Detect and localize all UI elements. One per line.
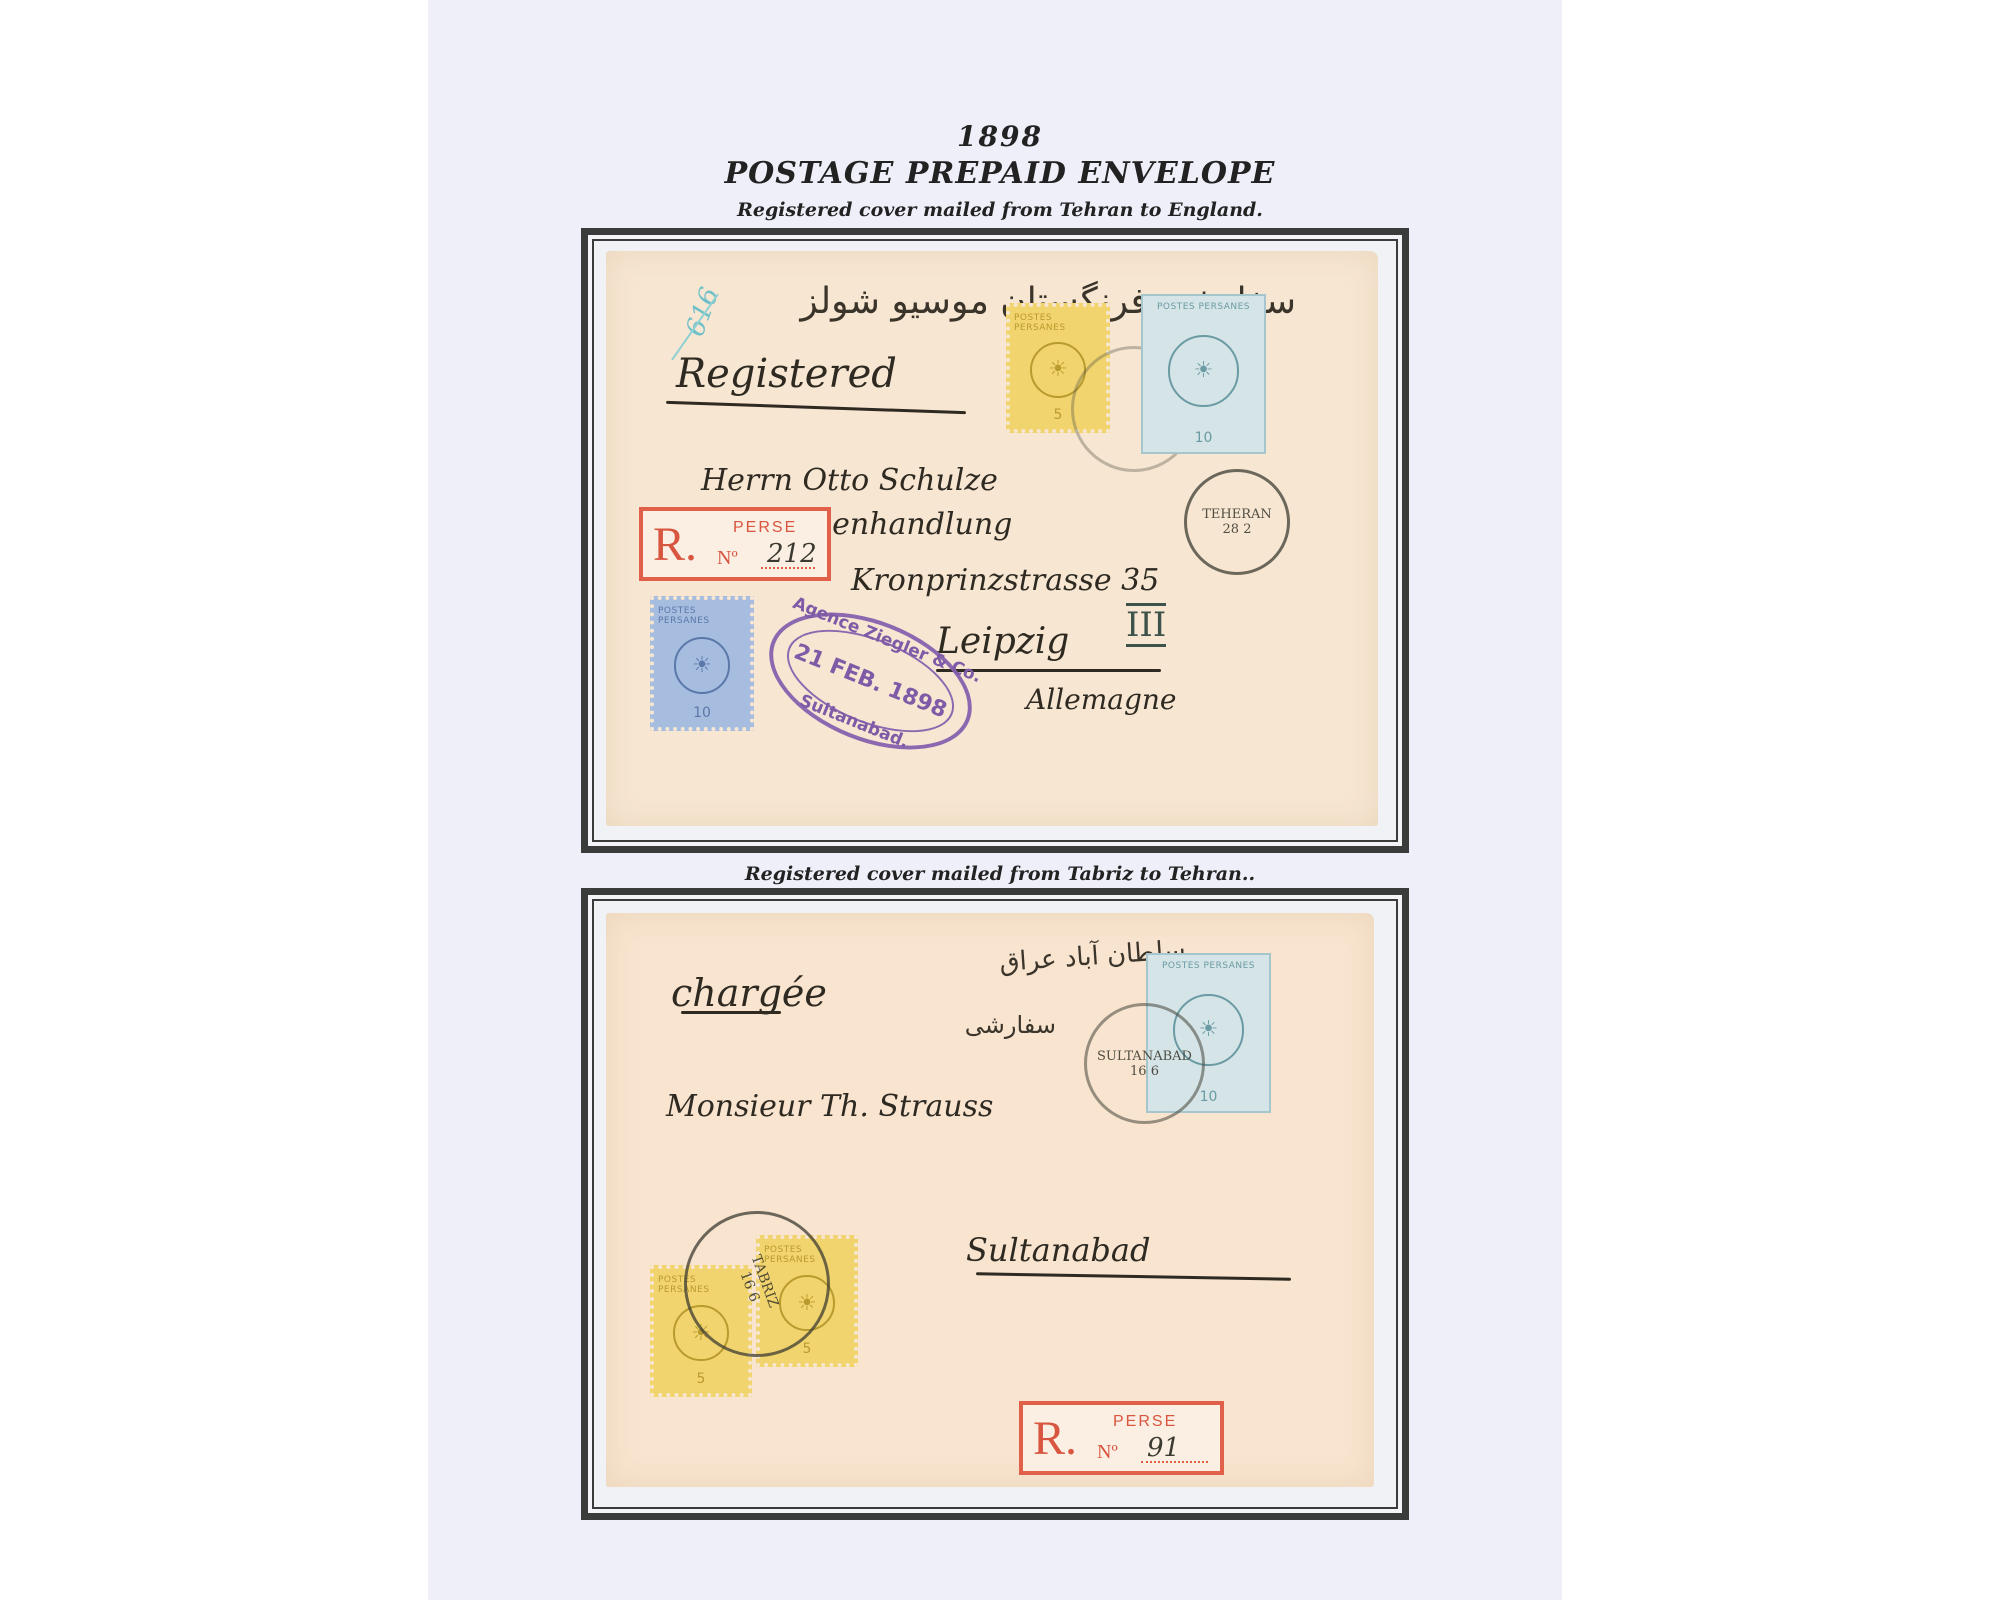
lion-and-sun-icon: ☀ [674, 637, 731, 694]
page-title: POSTAGE PREPAID ENVELOPE [0, 156, 2000, 191]
sultanabad-postmark: SULTANABAD 16 6 [1084, 1003, 1205, 1124]
cover-frame-2: chargée سلطان آباد عراق سفارشی POSTES PE… [581, 888, 1409, 1520]
cover-caption-1: Registered cover mailed from Tehran to E… [0, 199, 2000, 221]
imprinted-indicia: POSTES PERSANES ☀ 10 [1141, 294, 1266, 454]
agency-cachet: Agence Ziegler & Co. 21 FEB. 1898 Sultan… [749, 585, 991, 776]
address-line-1: Monsieur Th. Strauss [666, 1089, 993, 1124]
address-line-3: Kronprinzstrasse 35 [851, 563, 1159, 598]
registered-underline [666, 401, 966, 414]
registration-label: R. PERSE Nº 91 [1019, 1401, 1224, 1475]
roman-numeral-mark: III [1126, 603, 1166, 647]
chargee-underline [681, 1011, 781, 1014]
address-line-1: Herrn Otto Schulze [701, 463, 998, 498]
persian-line-2: سفارشی [936, 1011, 1056, 1039]
tehran-postmark: TEHERAN 28 2 [1184, 469, 1290, 575]
envelope-2: chargée سلطان آباد عراق سفارشی POSTES PE… [606, 913, 1374, 1487]
envelope-1: 616 سفارشی فرنگستان موسیو شولز Registere… [606, 251, 1378, 826]
lion-and-sun-icon: ☀ [1168, 335, 1240, 407]
page-year: 1898 [0, 120, 2000, 153]
persian-address: سلطان آباد عراق [785, 935, 1186, 993]
registered-handwriting: Registered [676, 351, 897, 397]
registration-label: R. PERSE Nº 212 [639, 507, 831, 581]
address-line-4: Leipzig [936, 621, 1069, 662]
city-underline [976, 1272, 1291, 1280]
adhesive-stamp-blue: POSTES PERSANES ☀ 10 [650, 596, 754, 731]
cover-frame-1: 616 سفارشی فرنگستان موسیو شولز Registere… [581, 228, 1409, 853]
address-line-2: Sultanabad [966, 1231, 1150, 1269]
address-line-5: Allemagne [1026, 683, 1176, 716]
cover-caption-2: Registered cover mailed from Tabriz to T… [0, 863, 2000, 885]
